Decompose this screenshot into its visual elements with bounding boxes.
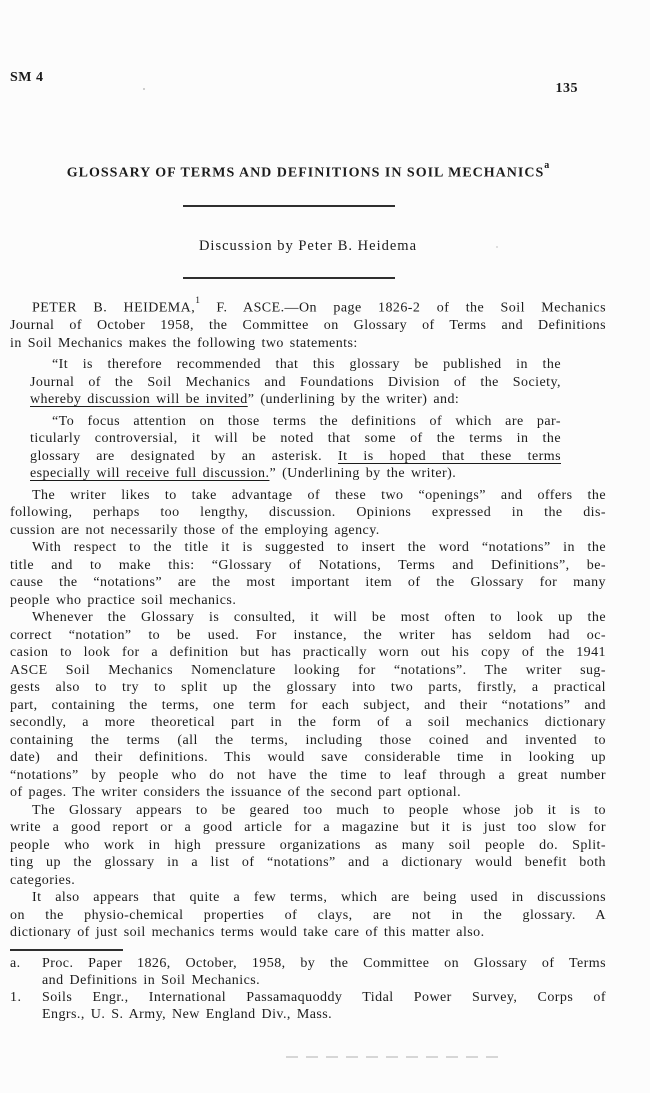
text-segment: on the physio-chemical properties of cla… [10, 908, 606, 923]
text-line: Whenever the Glossary is consulted, it w… [10, 609, 606, 627]
text-segment: glossary are designated by an asterisk. [30, 449, 338, 464]
text-segment: write a good report or a good article fo… [10, 820, 606, 835]
text-segment: “To focus attention on those terms the d… [52, 414, 561, 429]
text-segment: correct “notation” to be used. For insta… [10, 628, 606, 643]
text-segment: Engrs., U. S. Army, New England Div., Ma… [42, 1007, 332, 1022]
block-quote-paragraph: “To focus attention on those terms the d… [30, 413, 561, 483]
text-segment: PETER B. HEIDEMA, [32, 301, 195, 316]
text-line: people who work in high pressure organiz… [10, 837, 606, 855]
text-segment: ” (underlining by the writer) and: [248, 392, 460, 407]
text-line: It also appears that quite a few terms, … [10, 889, 606, 907]
body-paragraph: The Glossary appears to be geared too mu… [10, 802, 606, 890]
text-line: Journal of October 1958, the Committee o… [10, 317, 606, 335]
text-segment: With respect to the title it is suggeste… [32, 540, 606, 555]
text-line: The Glossary appears to be geared too mu… [10, 802, 606, 820]
underlined-text: especially will receive full discussion. [30, 466, 269, 481]
journal-code: SM 4 [10, 70, 44, 86]
text-line: ting up the glossary in a list of “notat… [10, 854, 606, 872]
discussion-byline: Discussion by Peter B. Heidema [10, 238, 606, 255]
text-segment: F. ASCE.—On page 1826-2 of the Soil Mech… [200, 301, 606, 316]
text-segment: Journal of October 1958, the Committee o… [10, 318, 606, 333]
footnote-marker: 1. [10, 989, 21, 1006]
text-segment: The writer likes to take advantage of th… [32, 488, 606, 503]
text-line: cussion are not necessarily those of the… [10, 522, 606, 540]
footnote-entry: a.Proc. Paper 1826, October, 1958, by th… [10, 955, 606, 989]
text-segment: Journal of the Soil Mechanics and Founda… [30, 375, 561, 390]
text-line: “notations” by people who do not have th… [10, 767, 606, 785]
text-line: ticularly controversial, it will be note… [30, 430, 561, 448]
footnotes-list: a.Proc. Paper 1826, October, 1958, by th… [10, 955, 606, 1024]
text-line: write a good report or a good article fo… [10, 819, 606, 837]
text-segment: It also appears that quite a few terms, … [32, 890, 606, 905]
underlined-text: It is hoped that these terms [338, 449, 561, 464]
text-segment: Soils Engr., International Passamaquoddy… [42, 990, 606, 1005]
body-paragraph: The writer likes to take advantage of th… [10, 487, 606, 540]
text-segment: categories. [10, 873, 75, 888]
text-line: Journal of the Soil Mechanics and Founda… [30, 374, 561, 392]
text-segment: The Glossary appears to be geared too mu… [32, 803, 606, 818]
text-segment: title and to make this: “Glossary of Not… [10, 558, 606, 573]
text-line: “To focus attention on those terms the d… [30, 413, 561, 431]
text-line: PETER B. HEIDEMA,1 F. ASCE.—On page 1826… [10, 296, 606, 317]
text-line: cause the “notations” are the most impor… [10, 574, 606, 592]
superscript-marker: 1 [195, 296, 200, 306]
text-line: Engrs., U. S. Army, New England Div., Ma… [42, 1006, 606, 1023]
text-segment: ting up the glossary in a list of “notat… [10, 855, 606, 870]
body-paragraph: Whenever the Glossary is consulted, it w… [10, 609, 606, 802]
text-segment: containing the terms (all the terms, inc… [10, 733, 606, 748]
text-line: title and to make this: “Glossary of Not… [10, 557, 606, 575]
text-line: Proc. Paper 1826, October, 1958, by the … [42, 955, 606, 972]
footnote-divider-rule [10, 949, 123, 951]
text-segment: ” (Underlining by the writer). [269, 466, 456, 481]
text-segment: “notations” by people who do not have th… [10, 768, 606, 783]
text-segment: in Soil Mechanics makes the following tw… [10, 336, 358, 351]
text-segment: casion to look for a definition but has … [10, 645, 606, 660]
text-segment: ASCE Soil Mechanics Nomenclature looking… [10, 663, 606, 678]
text-line: people who practice soil mechanics. [10, 592, 606, 610]
footnote-entry: 1.Soils Engr., International Passamaquod… [10, 989, 606, 1023]
page-header: SM 4 135 [10, 70, 578, 97]
text-line: With respect to the title it is suggeste… [10, 539, 606, 557]
text-segment: gests also to try to split up the glossa… [10, 680, 606, 695]
scan-speck-artifact [496, 246, 498, 248]
text-line: casion to look for a definition but has … [10, 644, 606, 662]
article-title-footnote-marker: a [544, 160, 549, 171]
text-segment: ticularly controversial, it will be note… [30, 431, 561, 446]
page-number: 135 [556, 81, 579, 97]
text-line: of pages. The writer considers the issua… [10, 784, 606, 802]
text-segment: Whenever the Glossary is consulted, it w… [32, 610, 606, 625]
text-line: following, perhaps too lengthy, discussi… [10, 504, 606, 522]
text-line: “It is therefore recommended that this g… [30, 356, 561, 374]
text-line: glossary are designated by an asterisk. … [30, 448, 561, 466]
text-line: correct “notation” to be used. For insta… [10, 627, 606, 645]
document-body: PETER B. HEIDEMA,1 F. ASCE.—On page 1826… [10, 296, 606, 1023]
footnote-marker: a. [10, 955, 21, 972]
text-line: ASCE Soil Mechanics Nomenclature looking… [10, 662, 606, 680]
body-paragraph: With respect to the title it is suggeste… [10, 539, 606, 609]
underlined-text: whereby discussion will be invited [30, 392, 248, 407]
text-line: whereby discussion will be invited” (und… [30, 391, 561, 409]
text-line: especially will receive full discussion.… [30, 465, 561, 483]
block-quote-paragraph: “It is therefore recommended that this g… [30, 356, 561, 409]
title-divider-rule [183, 205, 395, 207]
body-paragraph: PETER B. HEIDEMA,1 F. ASCE.—On page 1826… [10, 296, 606, 352]
text-line: dictionary of just soil mechanics terms … [10, 924, 606, 942]
text-segment: secondly, a more theoretical part in the… [10, 715, 606, 730]
text-segment: and Definitions in Soil Mechanics. [42, 973, 260, 988]
text-line: The writer likes to take advantage of th… [10, 487, 606, 505]
text-line: gests also to try to split up the glossa… [10, 679, 606, 697]
text-segment: Proc. Paper 1826, October, 1958, by the … [42, 956, 606, 971]
text-line: containing the terms (all the terms, inc… [10, 732, 606, 750]
text-line: and Definitions in Soil Mechanics. [42, 972, 606, 989]
text-segment: cause the “notations” are the most impor… [10, 575, 606, 590]
journal-page: SM 4 135 GLOSSARY OF TERMS AND DEFINITIO… [0, 0, 650, 1093]
text-segment: date) and their definitions. This would … [10, 750, 606, 765]
text-line: part, containing the terms, one term for… [10, 697, 606, 715]
scan-speck-artifact [143, 88, 145, 90]
body-paragraph: It also appears that quite a few terms, … [10, 889, 606, 942]
text-line: in Soil Mechanics makes the following tw… [10, 335, 606, 353]
text-line: Soils Engr., International Passamaquoddy… [42, 989, 606, 1006]
text-segment: “It is therefore recommended that this g… [52, 357, 561, 372]
text-segment: of pages. The writer considers the issua… [10, 785, 461, 800]
text-line: on the physio-chemical properties of cla… [10, 907, 606, 925]
text-segment: people who practice soil mechanics. [10, 593, 236, 608]
text-segment: people who work in high pressure organiz… [10, 838, 606, 853]
text-segment: dictionary of just soil mechanics terms … [10, 925, 485, 940]
article-title: GLOSSARY OF TERMS AND DEFINITIONS IN SOI… [10, 163, 606, 182]
byline-divider-rule [183, 277, 395, 279]
text-line: secondly, a more theoretical part in the… [10, 714, 606, 732]
article-title-text: GLOSSARY OF TERMS AND DEFINITIONS IN SOI… [67, 166, 544, 181]
scan-smudge-artifact [286, 1056, 502, 1058]
text-line: categories. [10, 872, 606, 890]
text-segment: following, perhaps too lengthy, discussi… [10, 505, 606, 520]
text-segment: cussion are not necessarily those of the… [10, 523, 380, 538]
text-line: date) and their definitions. This would … [10, 749, 606, 767]
text-segment: part, containing the terms, one term for… [10, 698, 606, 713]
